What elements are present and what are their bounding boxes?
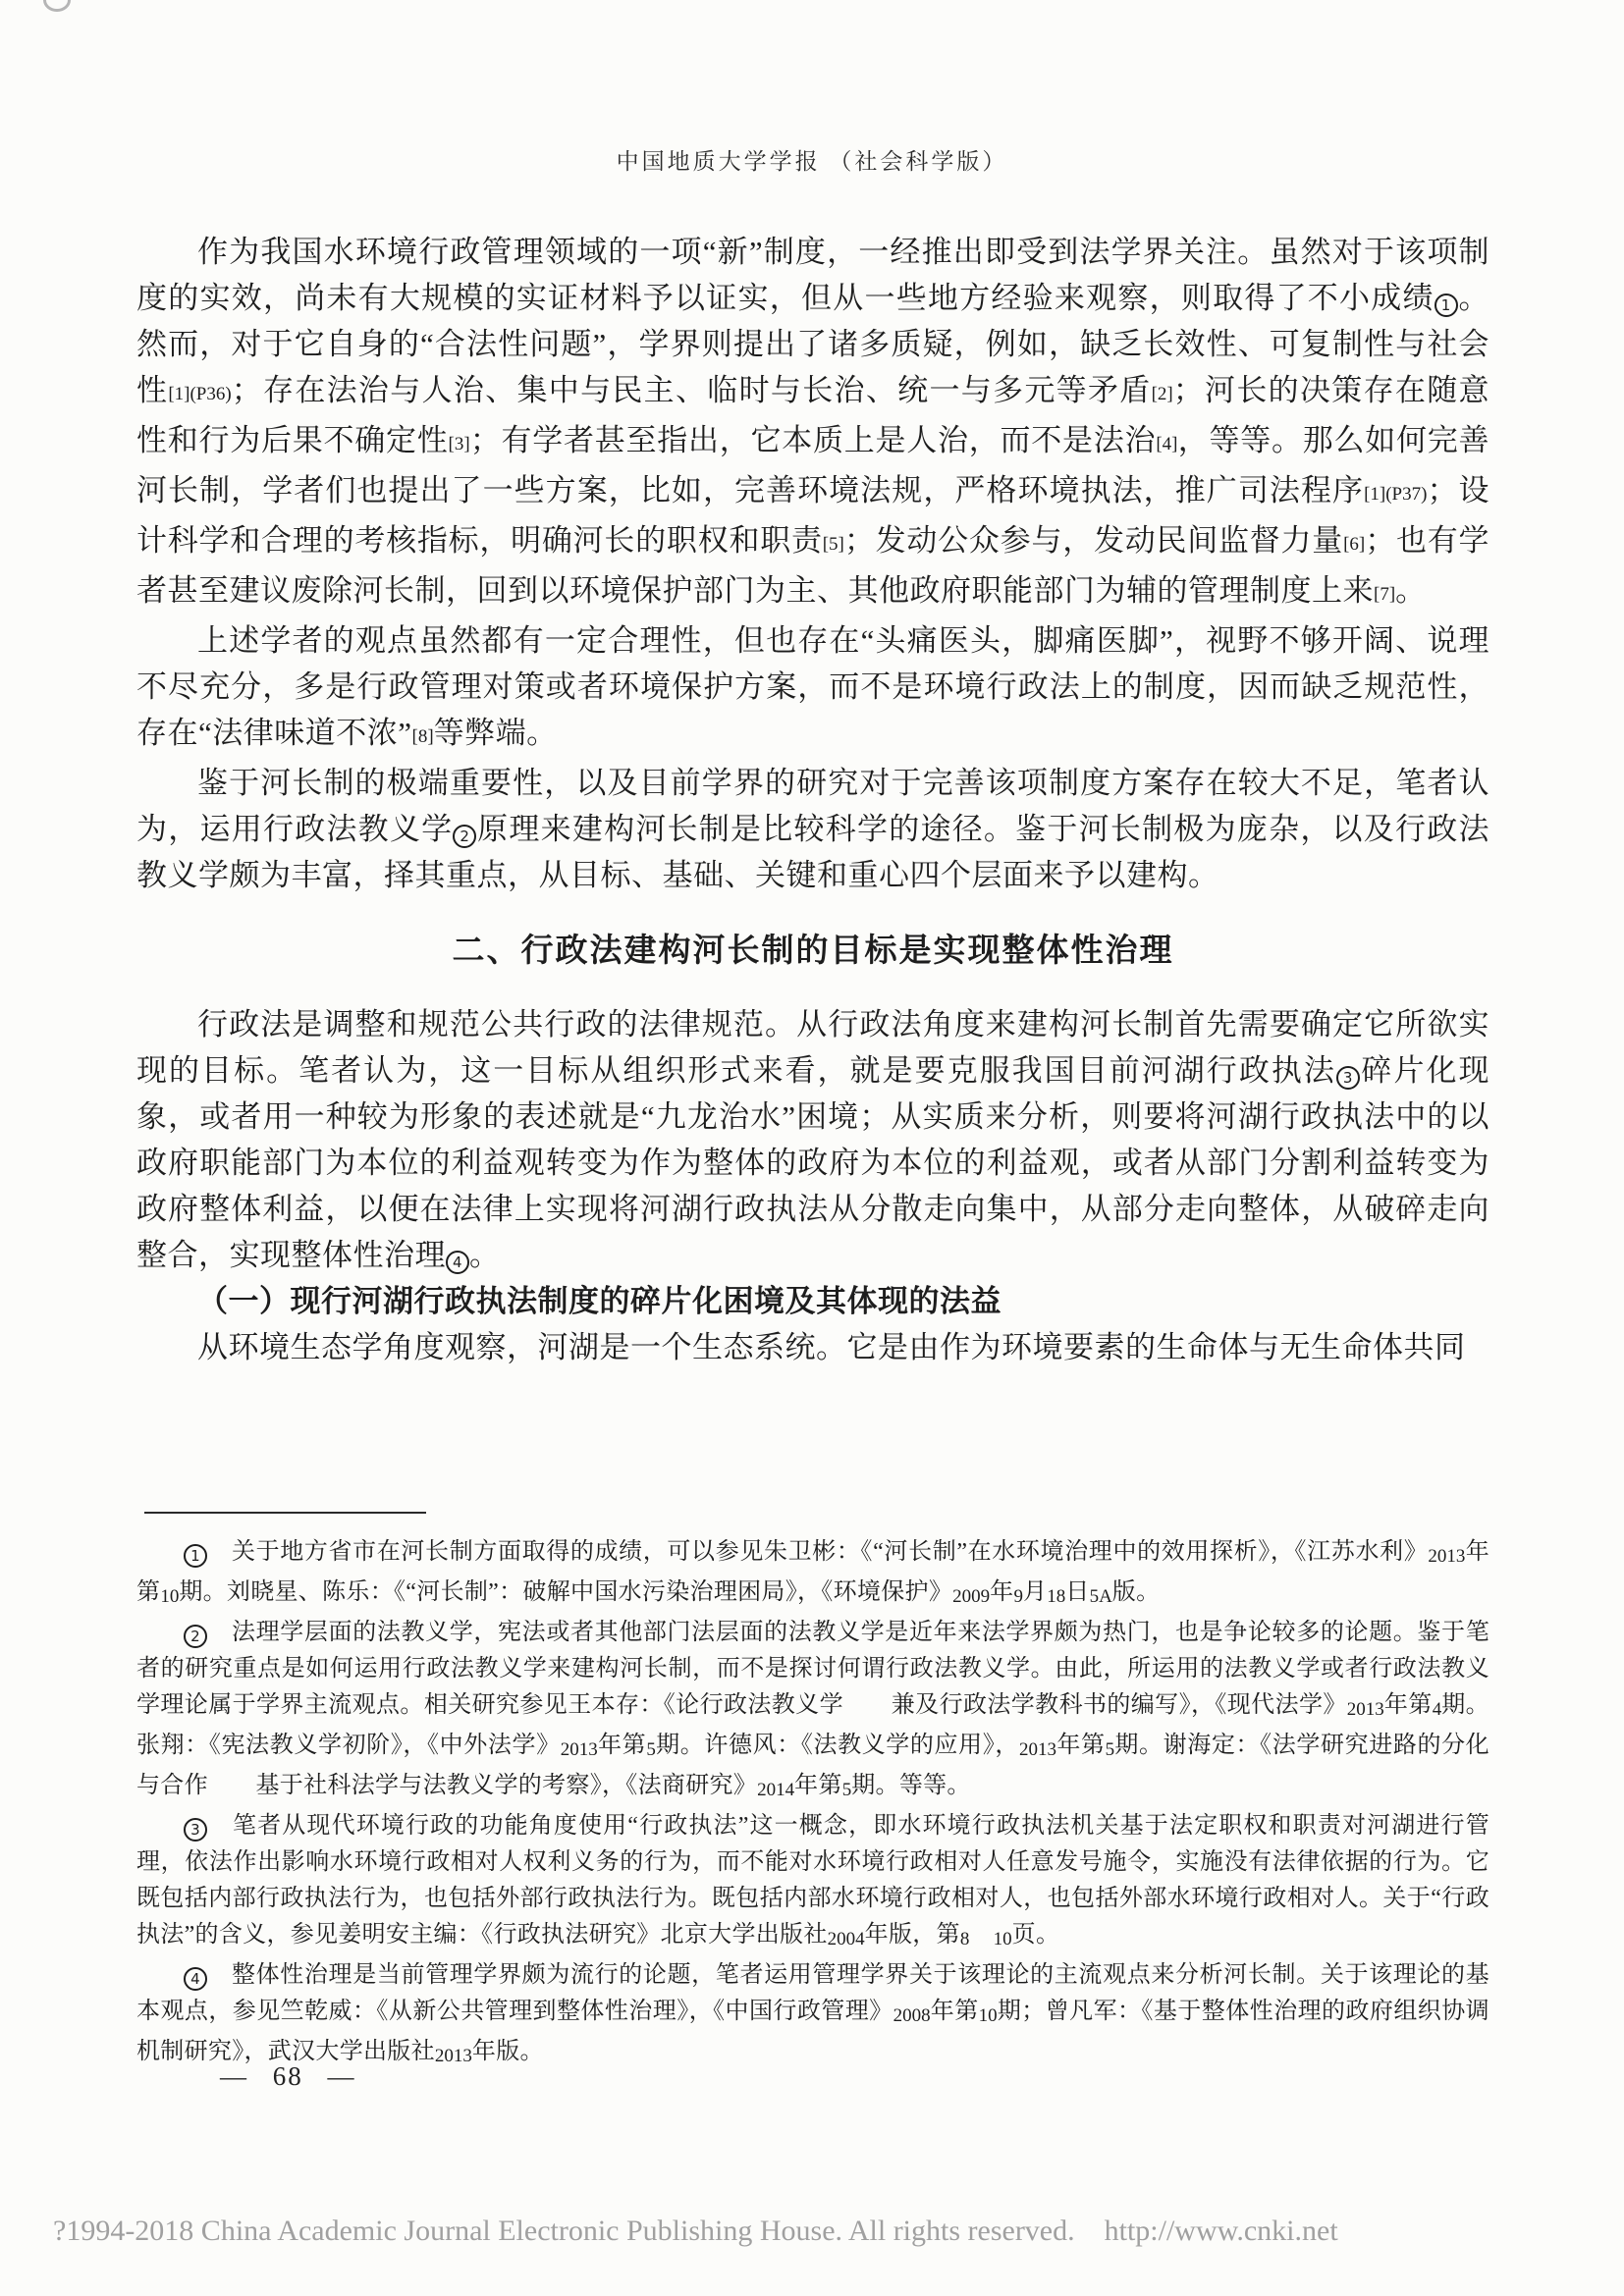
footnote-3: 3 笔者从现代环境行政的功能角度使用“行政执法”这一概念，即水环境行政执法机关基… (136, 1808, 1489, 1957)
footnote-4: 4 整体性治理是当前管理学界颇为流行的论题，笔者运用管理学界关于该理论的主流观点… (136, 1957, 1489, 2074)
paragraph-3: 鉴于河长制的极端重要性，以及目前学界的研究对于完善该项制度方案存在较大不足，笔者… (136, 760, 1489, 898)
paragraph-1: 作为我国水环境行政管理领域的一项“新”制度，一经推出即受到法学界关注。虽然对于该… (136, 229, 1489, 617)
paragraph-2: 上述学者的观点虽然都有一定合理性，但也存在“头痛医头，脚痛医脚”，视野不够开阔、… (136, 617, 1489, 760)
footnotes-section: 1 关于地方省市在河长制方面取得的成绩，可以参见朱卫彬：《“河长制”在水环境治理… (136, 1512, 1489, 2074)
journal-page: 中国地质大学学报 （社会科学版） 作为我国水环境行政管理领域的一项“新”制度，一… (0, 0, 1624, 2296)
footnote-divider-rule (144, 1512, 426, 1514)
cnki-watermark: ?1994-2018 China Academic Journal Electr… (53, 2215, 1338, 2248)
subsection-heading: （一）现行河湖行政执法制度的碎片化困境及其体现的法益 (136, 1278, 1489, 1324)
section-heading: 二、行政法建构河长制的目标是实现整体性治理 (136, 925, 1489, 976)
scan-artifact-mark (43, 0, 71, 12)
page-number: — 68 — (220, 2061, 356, 2092)
journal-header-title: 中国地质大学学报 （社会科学版） (0, 143, 1624, 176)
paragraph-4: 行政法是调整和规范公共行政的法律规范。从行政法角度来建构河长制首先需要确定它所欲… (136, 1001, 1489, 1278)
paragraph-5: 从环境生态学角度观察，河湖是一个生态系统。它是由作为环境要素的生命体与无生命体共… (136, 1324, 1489, 1370)
article-body: 作为我国水环境行政管理领域的一项“新”制度，一经推出即受到法学界关注。虽然对于该… (136, 229, 1489, 1370)
footnote-2: 2 法理学层面的法教义学，宪法或者其他部门法层面的法教义学是近年来法学界颇为热门… (136, 1615, 1489, 1808)
footnote-1: 1 关于地方省市在河长制方面取得的成绩，可以参见朱卫彬：《“河长制”在水环境治理… (136, 1534, 1489, 1615)
